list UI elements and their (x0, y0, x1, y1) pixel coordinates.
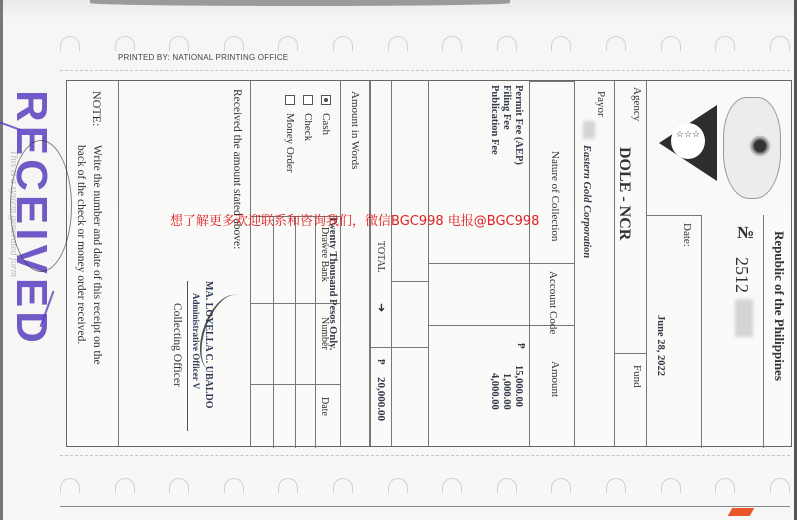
redacted-receipt-number (735, 299, 753, 337)
money-order-checkbox[interactable] (285, 95, 295, 105)
watermark-text: 想了解更多欢迎联系和咨询我们，微信BGC998 电报@BGC998 (170, 210, 539, 229)
received-section: Received the amount stated above: MA. LO… (119, 81, 251, 446)
nature-of-collection-header: Nature of Collection (549, 151, 561, 241)
perforation-bottom (60, 455, 790, 456)
item-amount-3: 4,000.00 (489, 373, 500, 410)
left-edge (0, 0, 3, 520)
officer-name: MA. LOYELLA C. UBALDO (203, 281, 214, 409)
agency-value: DOLE - NCR (615, 147, 633, 240)
agency-section: Agency DOLE - NCR Fund (615, 81, 647, 446)
total-section: TOTAL ➜ ₱ 20,000.00 (371, 81, 429, 446)
item-nature-2: Filing Fee (501, 85, 512, 130)
note-label: NOTE: (89, 91, 104, 126)
total-label: TOTAL (375, 241, 386, 273)
receipt-number-symbol: № (735, 223, 755, 242)
item-nature-1: Permit Fee (AEP) (513, 85, 524, 165)
republic-title: Republic of the Philippines (771, 231, 787, 381)
cash-checkbox[interactable] (321, 95, 331, 105)
amount-in-words-label: Amount in Words (349, 91, 361, 169)
officer-title: Administrative Officer V (191, 293, 201, 389)
agency-label: Agency (631, 87, 643, 121)
payment-option-check[interactable]: Check (299, 95, 317, 141)
item-amount-2: 1,000.00 (501, 373, 512, 410)
total-value: 20,000.00 (375, 377, 387, 421)
receipt-header: ☆☆☆ Date: June 28, 2022 № 2512 Republic … (647, 81, 793, 446)
payment-option-money-order[interactable]: Money Order (281, 95, 299, 173)
date-header: Date (319, 397, 330, 416)
signature-line (187, 281, 188, 431)
note-section: NOTE: Write the number and date of this … (67, 81, 119, 446)
redacted-payor-id (583, 121, 595, 139)
sun-icon (747, 133, 773, 159)
date-label: Date: (681, 223, 693, 247)
stars-icon: ☆☆☆ (671, 123, 705, 159)
payment-option-cash[interactable]: Cash (317, 95, 335, 135)
official-receipt-form: NOTE: Write the number and date of this … (66, 80, 792, 447)
amount-in-words-section: Amount in Words (341, 81, 371, 446)
orange-mark (728, 508, 755, 516)
account-code-header: Account Code (547, 271, 559, 334)
check-checkbox[interactable] (303, 95, 313, 105)
item-nature-3: Publication Fee (489, 85, 500, 155)
arrow-icon: ➜ (375, 303, 388, 312)
peso-sign: ₱ (375, 359, 386, 365)
amount-header: Amount (549, 361, 561, 397)
paper-bottom-edge (60, 506, 790, 507)
amount-in-words-value: Twenty Thousand Pesos Only. (327, 216, 338, 350)
fund-label: Fund (631, 365, 643, 388)
tractor-holes-bottom (60, 478, 790, 498)
printer-line: PRINTED BY: NATIONAL PRINTING OFFICE (118, 53, 288, 62)
perforation-top (60, 70, 790, 71)
item-peso-sign: ₱ (515, 343, 526, 349)
collection-items-section: Nature of Collection Account Code Amount… (429, 81, 575, 446)
item-amount-1: 15,000.00 (513, 365, 524, 407)
payor-label: Payor (595, 91, 607, 117)
note-text-line2: back of the check or money order receive… (75, 145, 87, 344)
payor-value: Eastern Gold Corporation (581, 145, 592, 258)
stamp-circle (10, 140, 72, 272)
payor-section: Payor Eastern Gold Corporation (575, 81, 615, 446)
date-value: June 28, 2022 (655, 315, 666, 376)
top-shadow (90, 0, 510, 6)
collecting-officer-label: Collecting Officer (171, 303, 183, 387)
note-text-line1: Write the number and date of this receip… (91, 145, 103, 365)
receipt-number: 2512 (731, 257, 752, 293)
